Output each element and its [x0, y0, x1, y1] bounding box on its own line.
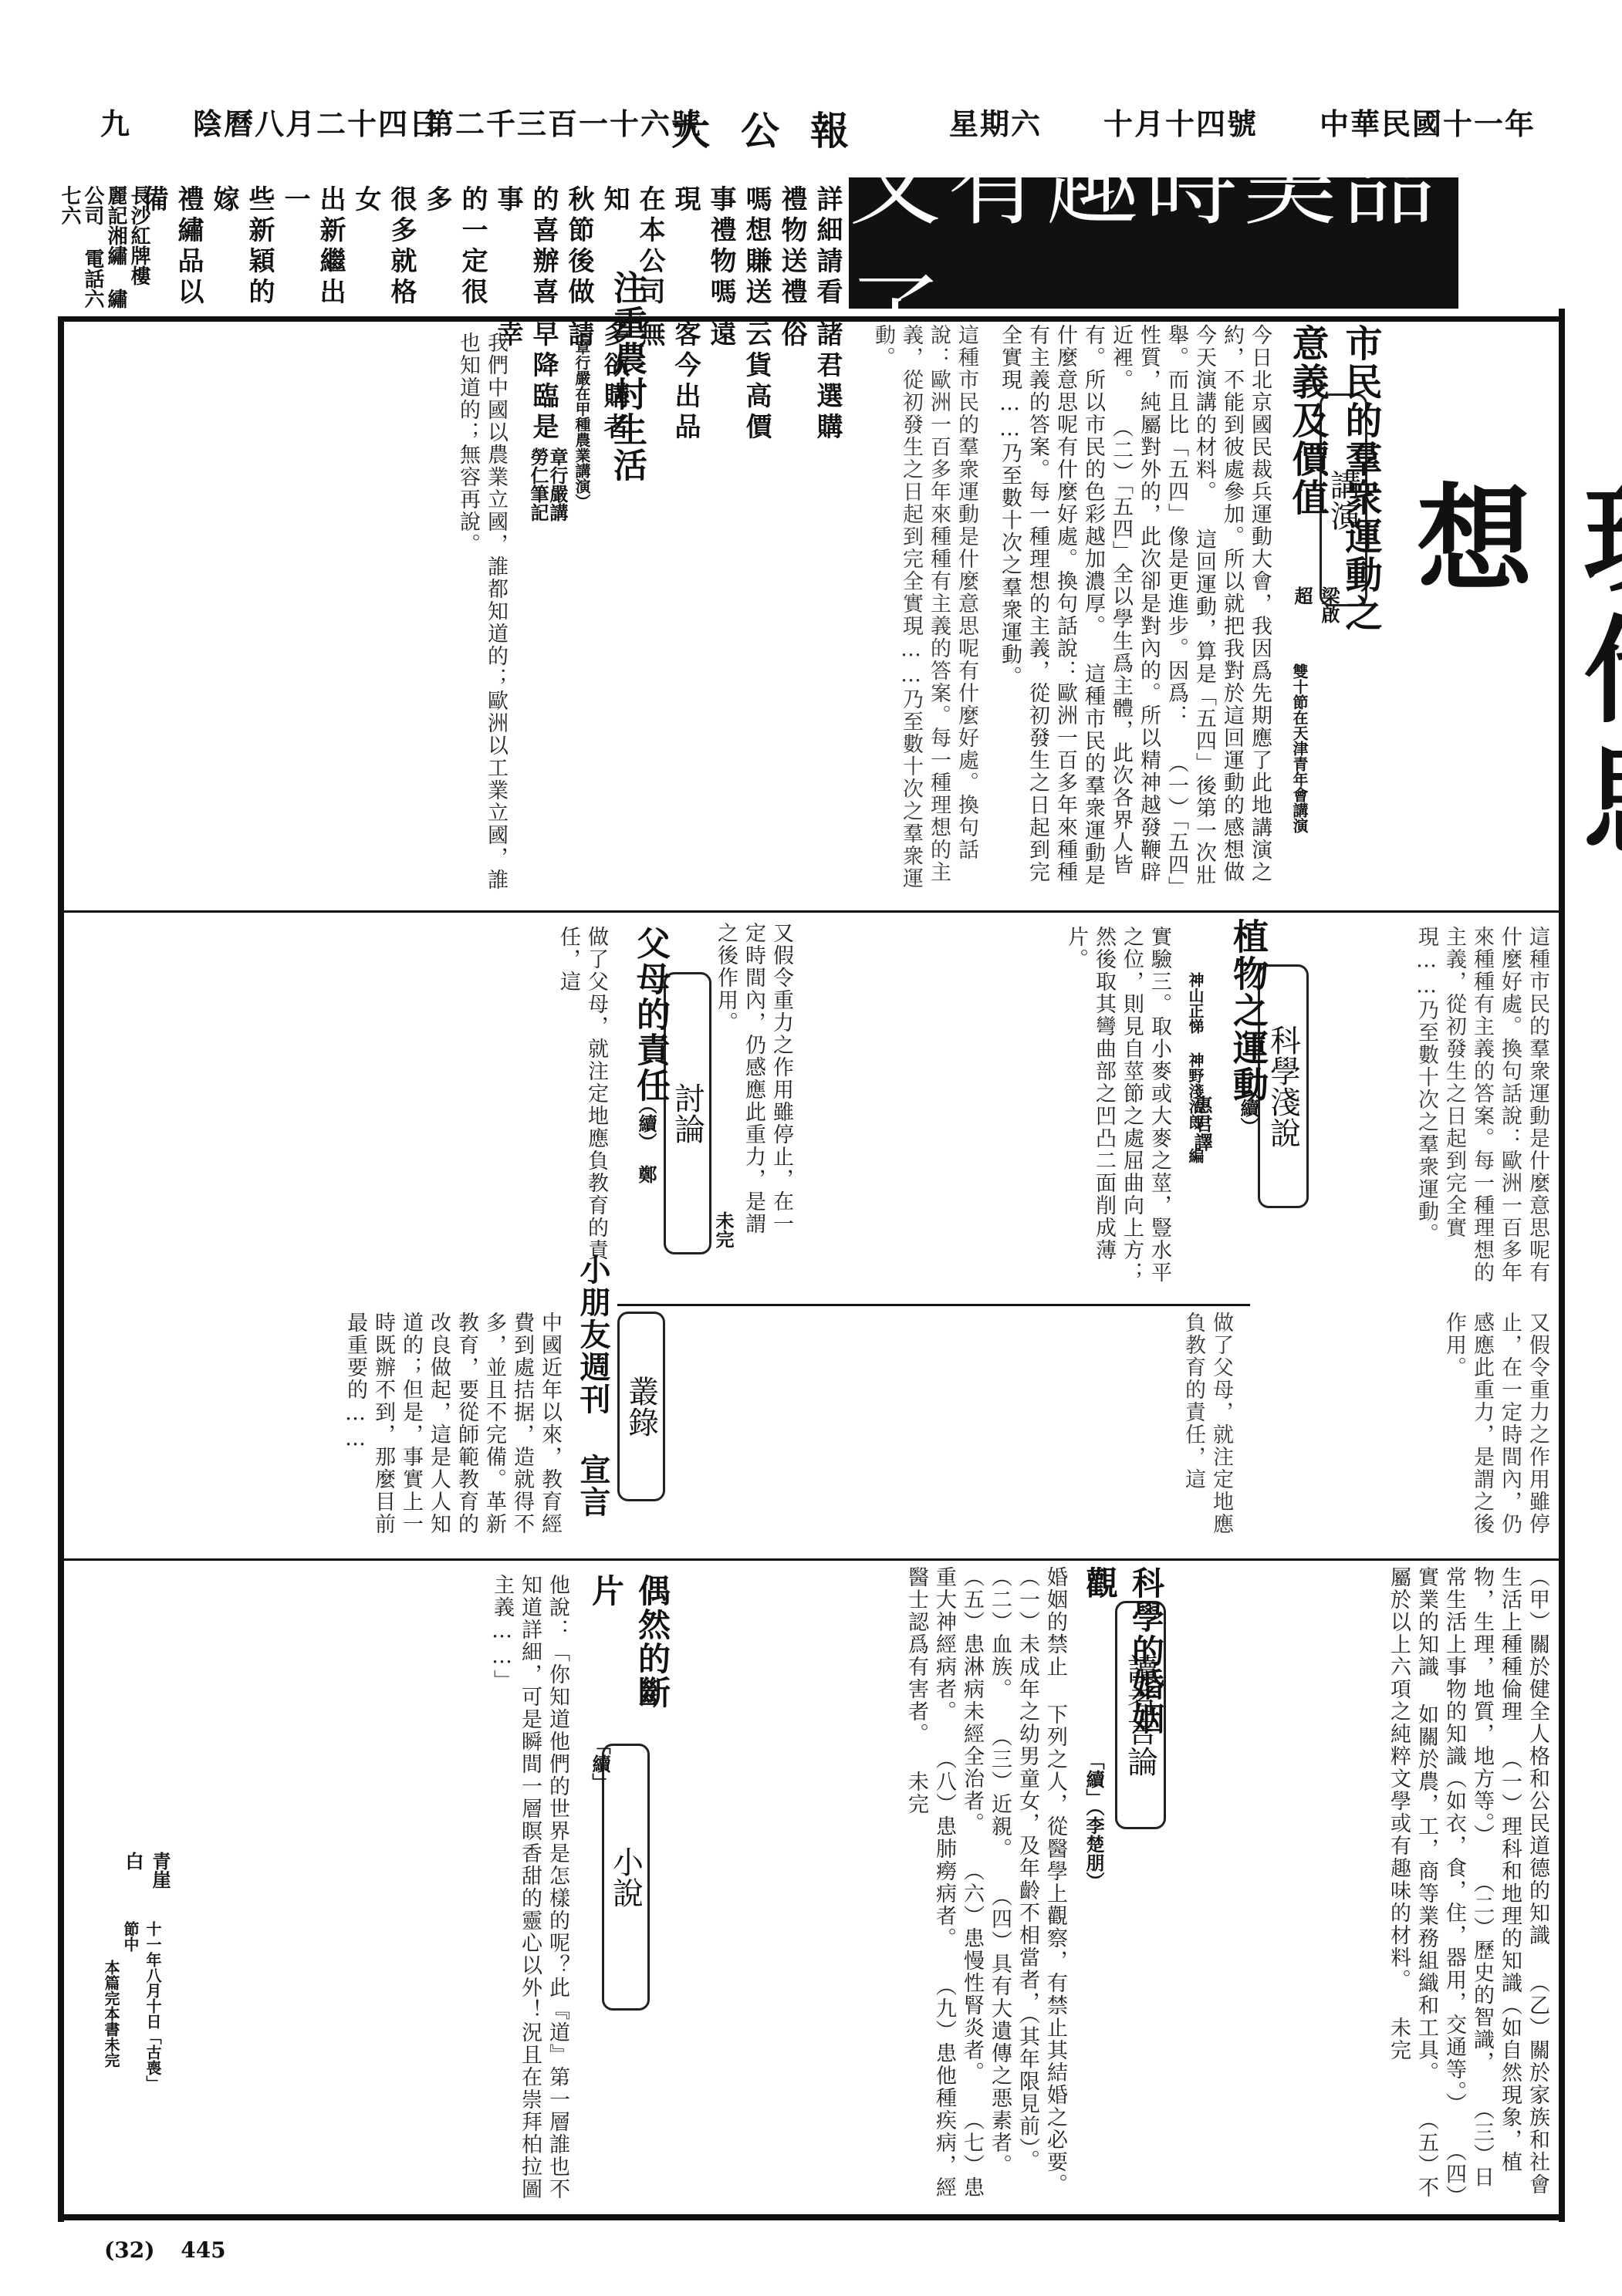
paragraph: 我們中國以農業立國，誰都知道的；歐洲以工業立國，誰也知道的；無容再說。: [456, 332, 508, 891]
ad-column: 禮物送禮: [774, 185, 809, 320]
shop-address: 長沙紅牌樓: [127, 185, 150, 285]
paragraph: 又假令重力之作用雖停止，在一定時間內，仍感應此重力，是謂之後作用。: [1442, 1312, 1549, 1535]
article-author-readers: （李楚朋）: [1080, 1798, 1107, 1882]
article-author-lecture: 梁啟超: [1289, 586, 1343, 633]
ad-body: 詳細請看 禮物送禮 嗎想賺送 事禮物嗎現 在本公司知 秋節後做 的喜辦喜事 的一…: [127, 185, 845, 320]
article-title-readers: 科學的婚姻觀: [1076, 1566, 1169, 1767]
divider: [1235, 910, 1559, 913]
shop-info: 長沙紅牌樓 麗記湘繡 繡公司 電話六七六: [58, 185, 150, 324]
article-note-lecture: 雙十節在天津青年會講演: [1289, 663, 1311, 895]
article-date-fiction: 十一年八月十日「古喪」節中: [120, 1921, 164, 2091]
ad-column: 詳細請看: [809, 185, 845, 320]
ad-banner: 又有趣時美品了: [849, 177, 1458, 309]
article-title-misc: 小朋友週刊 宣言: [571, 1254, 615, 1547]
paragraph: 這種市民的羣衆運動是什麼意思呢有什麼好處。換句話說：歐洲一百多年來種種有主義的答…: [871, 324, 978, 890]
paragraph: 做了父母，就注定地應負教育的責任，這: [1181, 1312, 1233, 1535]
article-body-science: 實驗三。取小麥或大麥之莖，豎水平之位，則見自莖節之處屈曲向上方；然後取其彎曲部之…: [803, 926, 1173, 1296]
shop-name: 麗記湘繡: [104, 185, 127, 265]
article-title-fiction: 偶然的斷片: [583, 1574, 675, 1728]
paragraph: 又假令重力之作用雖停止，在一定時間內，仍感應此重力，是謂之後作用。: [714, 922, 793, 1235]
article-body-misc: 中國近年以來，教育經費到處拮据，造就得不多，並且不完備。革新教育，要從師範教育的…: [69, 1312, 563, 1551]
article-translator-science: 惠君譯: [1188, 1096, 1215, 1173]
article-body-science-right: 這種市民的羣衆運動是什麼意思呢有什麼好處。換句話說：歐洲一百多年來種種有主義的答…: [1289, 926, 1551, 1296]
article-title-rural: 注重農村生活: [602, 270, 651, 501]
footer: (32) 445: [104, 2237, 226, 2263]
paragraph: 實驗三。取小麥或大麥之莖，豎水平之位，則見自莖節之處屈曲向上方；然後取其彎曲部之…: [1064, 926, 1171, 1284]
article-note-rural: （章行嚴在甲種農業講演）: [571, 324, 593, 579]
status-unfinished: 未完: [710, 1211, 737, 1273]
status-unfinished: 未完: [904, 1771, 928, 1815]
paragraph: 做了父母，就注定地應負教育的責任，這: [556, 926, 608, 1261]
ad-column: 事禮物嗎現: [667, 185, 738, 320]
paragraph: 中國近年以來，教育經費到處拮据，造就得不多，並且不完備。革新教育，要從師範教育的…: [343, 1312, 562, 1535]
article-body-lecture: 今日北京國民裁兵運動大會，我因爲先期應了此地講演之約，不能到彼處參加。所以就把我…: [988, 324, 1273, 903]
page-number-top: 九: [100, 100, 131, 143]
divider: [62, 910, 1242, 913]
ad-column: 秋節後做: [561, 185, 596, 320]
ad-column: 的一定很多: [419, 185, 490, 320]
curriculum-list: （甲）關於健全人格和公民道德的知識 （乙）關於家族和社會生活上種種倫理 （一）理…: [1281, 1566, 1551, 2207]
divider: [62, 1558, 1559, 1561]
left-border: [58, 316, 64, 2222]
article-author-discussion: 鄭: [633, 1165, 660, 1196]
page-ref: (32): [104, 2237, 154, 2263]
article-body-rural: 我們中國以農業立國，誰都知道的；歐洲以工業立國，誰也知道的；無容再說。: [69, 332, 509, 903]
article-continued-science: （續）: [1235, 1080, 1262, 1142]
article-end-fiction: 本篇完本書未完: [100, 1960, 123, 2083]
section-title: 現代思想: [1381, 478, 1622, 910]
paragraph: 這種市民的羣衆運動是什麼意思呢有什麼好處。換句話說：歐洲一百多年來種種有主義的答…: [1414, 926, 1549, 1284]
article-continued-readers: 「續」: [1080, 1751, 1107, 1798]
status-unfinished: 未完: [1387, 2017, 1411, 2061]
bottom-border: [62, 2214, 1563, 2220]
ad-column: 很多就格女: [348, 185, 419, 320]
article-body-misc-right: 做了父母，就注定地應負教育的責任，這: [664, 1312, 1235, 1551]
article-body-fiction: 他說：「你知道他們的世界是怎樣的呢？此『道』第一層誰也不知道詳細，可是瞬間一層瞑…: [139, 1574, 571, 2207]
ad-column: 的喜辦喜事: [490, 185, 561, 320]
article-body-misc-far: 又假令重力之作用雖停止，在一定時間內，仍感應此重力，是謂之後作用。: [1258, 1312, 1551, 1551]
article-continued-discussion: （續）: [633, 1096, 660, 1157]
advertisement: 詳細請看 禮物送禮 嗎想賺送 事禮物嗎現 在本公司知 秋節後做 的喜辦喜事 的一…: [104, 185, 845, 324]
ad-column: 嗎想賺送: [738, 185, 774, 320]
list-item: （二）歷史的智識，: [1470, 1872, 1494, 2074]
article-body-discussion: 做了父母，就注定地應負教育的責任，這: [69, 926, 610, 1296]
ad-column: 些新穎的嫁: [206, 185, 277, 320]
list-item: （甲）關於健全人格和公民道德的知識: [1526, 1566, 1549, 1947]
divider: [58, 316, 1563, 322]
article-body-lecture-cont: 這種市民的羣衆運動是什麼意思呢有什麼好處。換句話說：歐洲一百多年來種種有主義的答…: [664, 324, 980, 903]
paragraph: 婚姻的禁止 下列之人，從醫學上觀察，有禁止其結婚之必要。: [1043, 1566, 1067, 2196]
list-item: （五）患淋病未經全治者。: [960, 1566, 984, 1835]
lunar-date: 陰曆八月二十四日: [193, 100, 440, 143]
article-author-fiction: 青崖白: [120, 1852, 174, 1898]
article-tail-discussion: 又假令重力之作用雖停止，在一定時間內，仍感應此重力，是謂之後作用。: [702, 922, 795, 1246]
list-item: （二）血族。: [988, 1566, 1012, 1700]
article-recorder-rural: 勞仁筆記: [525, 447, 552, 540]
article-body-readers: 婚姻的禁止 下列之人，從醫學上觀察，有禁止其結婚之必要。 （一）未成年之幼男童女…: [656, 1566, 1069, 2207]
list-item: （三）近親。: [988, 1726, 1012, 1860]
page-number: 445: [181, 2237, 225, 2263]
ad-column: 出新繼出一: [277, 185, 348, 320]
rubric-misc: 叢錄: [617, 1312, 665, 1501]
list-item: （四）具有大遺傳之悪素者。: [988, 1886, 1012, 2176]
article-continued-fiction: 「續」: [586, 1736, 613, 1782]
divider: [617, 1304, 1250, 1306]
list-item: （一）未成年之幼男童女，及年齡不相當者，（其年限見前）。: [1015, 1566, 1039, 2172]
list-item: （八）患肺癆病者。: [932, 1748, 956, 1950]
list-item: （六）患慢性腎炎者。: [960, 1860, 984, 2084]
paragraph: 他說：「你知道他們的世界是怎樣的呢？此『道』第一層誰也不知道詳細，可是瞬間一層瞑…: [490, 1574, 569, 2200]
issue-number: 第二千三百一十六號: [424, 100, 702, 143]
